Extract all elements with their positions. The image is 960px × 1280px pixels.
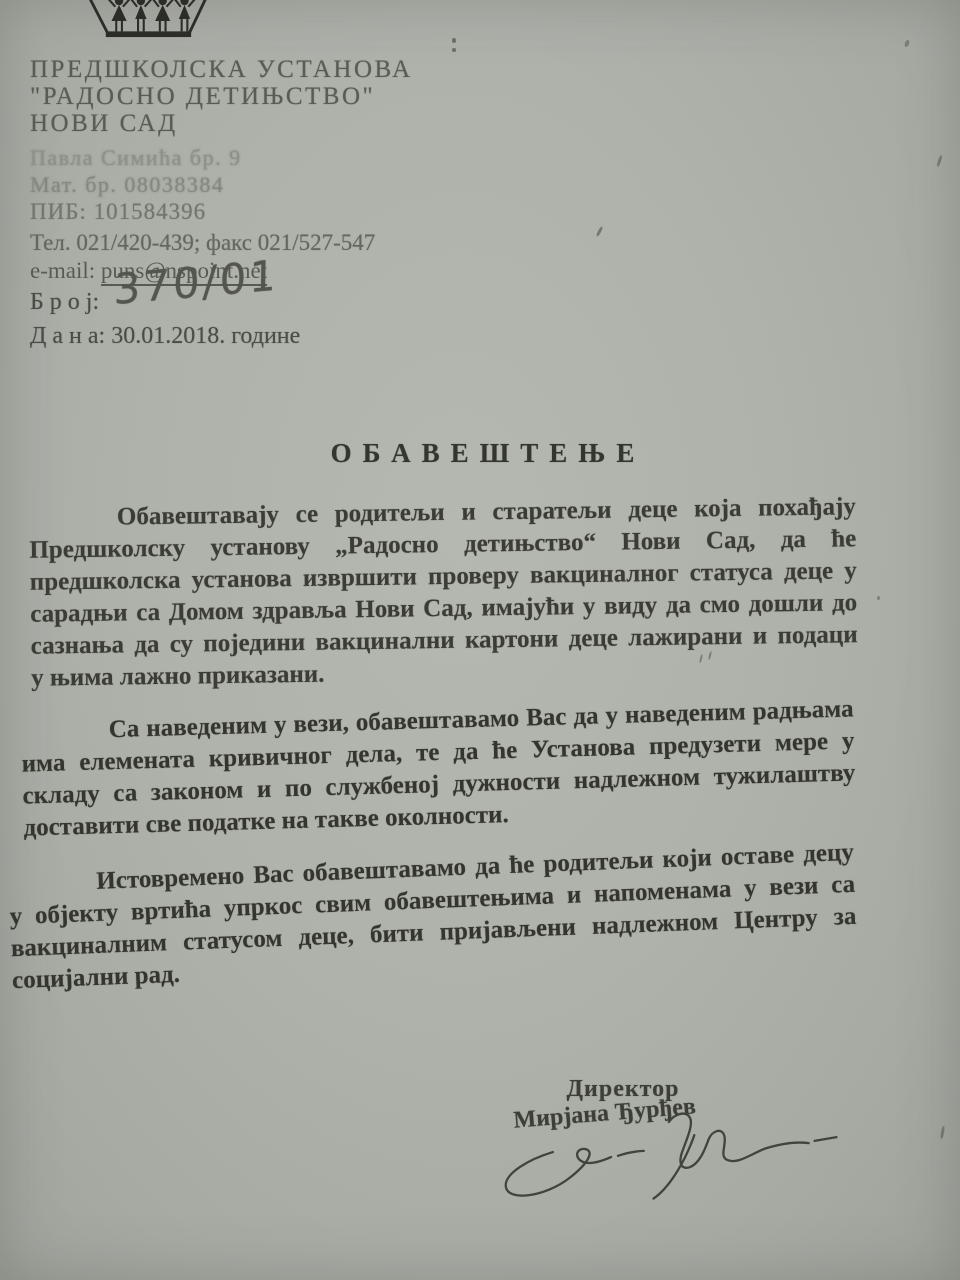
paper-speck [452, 48, 456, 52]
signature-block: Директор Мирјана Ђурђев [500, 1076, 850, 1135]
date-line: Д а н а: 30.01.2018. године [30, 323, 630, 349]
org-name-line3: НОВИ САД [30, 110, 630, 137]
letterhead: ПРЕДШКОЛСКА УСТАНОВА "РАДОСНО ДЕТИЊСТВО"… [30, 56, 630, 349]
handwritten-reference-number: 370/01 [114, 263, 280, 304]
reference-number-label: Б р о ј: [30, 289, 99, 315]
paper-speck [452, 38, 456, 43]
registration-number: Мат. бр. 08038384 [30, 173, 630, 196]
children-crown-logo-icon [84, 0, 212, 48]
paper-speck [904, 40, 910, 48]
street-address: Павла Симића бр. 9 [30, 146, 630, 169]
paragraph-2: Са наведеним у вези, обавештавамо Вас да… [20, 693, 856, 844]
paragraph-1: Обавештавају се родитељи и старатељи дец… [29, 491, 859, 695]
phone-fax: Тел. 021/420-439; факс 021/527-547 [30, 231, 630, 255]
scanned-document-page: ПРЕДШКОЛСКА УСТАНОВА "РАДОСНО ДЕТИЊСТВО"… [0, 0, 960, 1280]
paper-speck [877, 596, 880, 600]
reference-number-line: Б р о ј: 370/01 [30, 289, 630, 315]
org-name-line2: "РАДОСНО ДЕТИЊСТВО" [30, 83, 630, 110]
date-label: Д а н а: [30, 323, 105, 349]
paper-speck [936, 155, 943, 167]
document-title: ОБАВЕШТЕЊЕ [8, 438, 960, 469]
date-value: 30.01.2018. године [111, 323, 300, 349]
paragraph-3: Истовремено Вас обавештавамо да ће родит… [8, 837, 858, 997]
org-name-line1: ПРЕДШКОЛСКА УСТАНОВА [30, 56, 630, 83]
paper-speck [940, 1126, 945, 1139]
handwritten-signature-icon [496, 1100, 841, 1210]
tax-id: ПИБ: 101584396 [30, 200, 630, 224]
email-label: e-mail: [30, 258, 95, 283]
